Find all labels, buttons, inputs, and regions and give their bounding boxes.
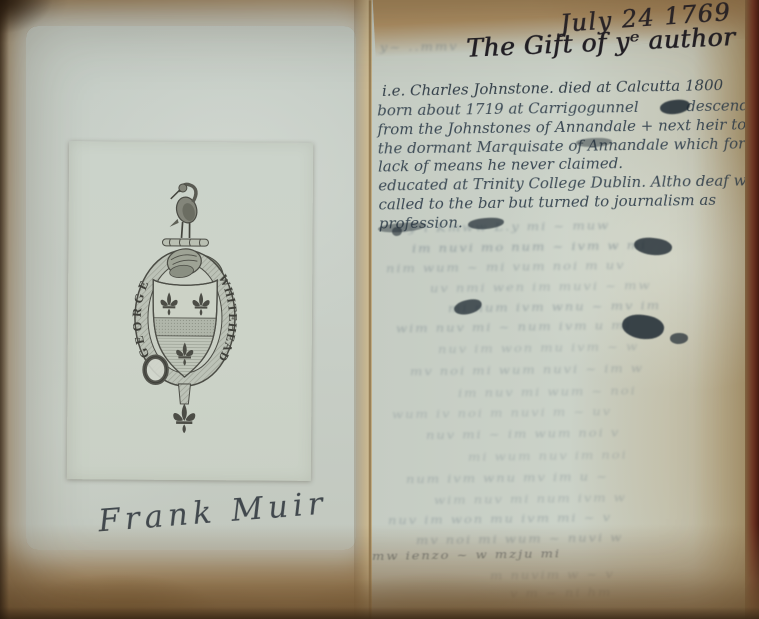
garter-buckle: [144, 357, 166, 383]
ink-blot: [620, 312, 665, 342]
pendant-fleur: [173, 384, 195, 433]
illegible-faded-line: im nuv mi wum ~ noi: [458, 385, 637, 400]
illegible-faded-line: nuv im won mu ivm mi ~ v: [388, 511, 612, 527]
ink-blot: [670, 333, 688, 344]
gutter-crease-line: [369, 0, 371, 619]
illegible-faded-line: num ivm wnu mv im u ~: [406, 471, 609, 487]
illegible-faded-line: mi wum nuv im noi: [468, 449, 628, 464]
armorial-bookplate: GEORGE WHITEHEAD: [67, 141, 313, 481]
right-endpaper-page: July 24 1769 The Gift of yᵉ author i.e. …: [372, 0, 745, 619]
illegible-faded-line: wim nuv mi ~ num ivm u mi: [396, 319, 632, 335]
attribution-inscription: i.e. Charles Johnstone. died at Calcutta…: [382, 76, 723, 100]
illegible-faded-line: uv nmi wen im muvi ~ mw: [430, 279, 652, 295]
illegible-faded-line: ny i Kmww L.y mi ~ muw: [398, 220, 611, 236]
illegible-faded-line: nim wum ~ mi vum noi m uv: [386, 259, 626, 275]
ink-blot: [633, 236, 673, 258]
illegible-faded-line: nuv im won mu ivm ~ w: [438, 341, 639, 357]
cover-board-edge: [745, 0, 759, 619]
illegible-faded-line: v m ~ ni hm: [510, 586, 613, 600]
illegible-faded-line: im nuvi mo num ~ ivm w mi: [412, 239, 647, 255]
illegible-faded-line: m nuvim w ~ v: [490, 568, 615, 583]
illegible-faded-line: wum iv noi m nuvi m ~ uv: [392, 405, 612, 421]
biography-note: born about 1719 at Carrigogunnel descend…: [377, 96, 743, 233]
illegible-faded-line: mv noi mi wum nuvi ~ im w: [410, 362, 644, 378]
stork-crest-icon: [170, 184, 200, 238]
torse-wreath: [162, 239, 208, 246]
illegible-faded-line: y~ ..mmv: [380, 41, 459, 55]
illegible-faded-line: mv noi mi wum ~ nuvi w: [416, 532, 624, 548]
left-pastedown-page: GEORGE WHITEHEAD: [0, 0, 372, 619]
book-endpapers-photo: GEORGE WHITEHEAD: [0, 0, 759, 619]
illegible-faded-line: mw ienzo ~ w mzju mi: [372, 548, 561, 564]
illegible-faded-line: wim nuv mi num ivm w: [434, 492, 627, 508]
illegible-faded-line: nuv mi ~ im wum noi v: [426, 427, 621, 443]
bookplate-engraving: GEORGE WHITEHEAD: [67, 141, 313, 481]
